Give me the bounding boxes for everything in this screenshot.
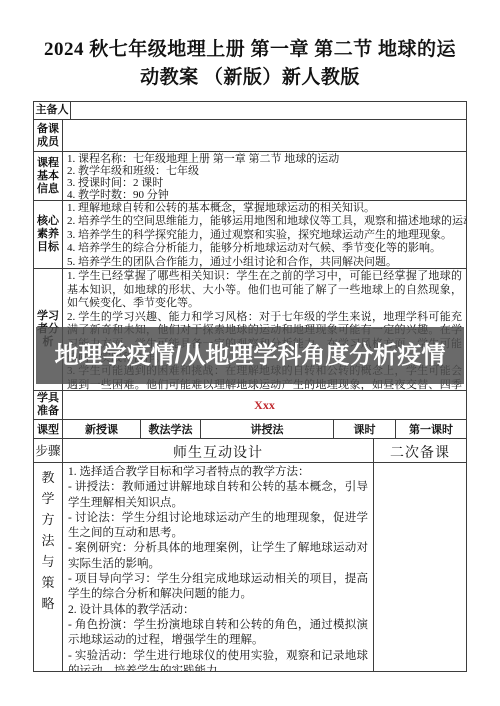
second-prep-empty-cell	[374, 463, 466, 671]
learner-paragraph: 1. 学生已经掌握了哪些相关知识：学生在之前的学习中，可能已经掌握了地球的基本知…	[67, 270, 462, 311]
steps-label: 步骤	[34, 439, 63, 463]
interaction-design-header: 师生互动设计	[63, 439, 374, 463]
core-goals-label: 核心素养目标	[34, 201, 63, 269]
lesson-type-value: 新授课	[63, 420, 141, 439]
lesson-plan-table: 主备人 备课成员 课程基本信息 1. 课程名称：七年级地理上册 第一章 第二节 …	[33, 101, 467, 672]
course-duration: 4. 教学时数：90 分钟	[67, 189, 462, 201]
prep-members-value	[63, 120, 466, 152]
main-preparer-label: 主备人	[34, 102, 71, 120]
table-row-core-goals: 核心素养目标 1. 理解地球自转和公转的基本概念，掌握地球运动的相关知识。 2.…	[34, 201, 466, 269]
lesson-type-label: 课型	[34, 420, 63, 439]
table-row-steps-header: 步骤 师生互动设计 二次备课	[34, 439, 466, 463]
table-row-course-info: 课程基本信息 1. 课程名称：七年级地理上册 第一章 第二节 地球的运动 2. …	[34, 152, 466, 201]
table-row-prep-members: 备课成员	[34, 120, 466, 152]
method-line: - 实验活动：学生进行地球仪的使用实验，观察和记录地球的运动，培养学生的实践能力…	[68, 649, 368, 671]
course-info-value: 1. 课程名称：七年级地理上册 第一章 第二节 地球的运动 2. 教学年级和班级…	[63, 152, 466, 201]
method-line: 1. 选择适合教学目标和学习者特点的教学方法：	[68, 465, 368, 480]
second-prep-header: 二次备课	[374, 439, 466, 463]
goal-item: 2. 培养学生的空间思维能力，能够运用地图和地球仪等工具，观察和描述地球的运动。	[67, 215, 462, 228]
course-grade: 2. 教学年级和班级：七年级	[67, 165, 462, 177]
teach-method-value: 讲授法	[201, 420, 334, 439]
goal-item: 3. 培养学生的科学探究能力，通过观察和实验，探究地球运动产生的地理现象。	[67, 229, 462, 242]
table-row-lesson-type: 课型 新授课 教法学法 讲授法 课时 第一课时	[34, 420, 466, 439]
method-line: 2. 设计具体的教学活动：	[68, 603, 368, 618]
document-page: 2024 秋七年级地理上册 第一章 第二节 地球的运动教案 （新版）新人教版 主…	[0, 0, 500, 706]
method-line: - 讨论法：学生分组讨论地球运动产生的地理现象，促进学生之间的互动和思考。	[68, 511, 368, 542]
period-value: 第一课时	[396, 420, 466, 439]
page-title: 2024 秋七年级地理上册 第一章 第二节 地球的运动教案 （新版）新人教版	[42, 36, 458, 92]
method-line: - 角色扮演：学生扮演地球自转和公转的角色，通过模拟演示地球运动的过程，增强学生…	[68, 618, 368, 649]
main-preparer-value	[71, 102, 466, 120]
goal-item: 4. 培养学生的综合分析能力，能够分析地球运动对气候、季节变化等的影响。	[67, 242, 462, 255]
table-row-materials: 学具准备 Xxx	[34, 391, 466, 420]
goal-item: 5. 培养学生的团队合作能力，通过小组讨论和合作，共同解决问题。	[67, 256, 462, 269]
materials-value: Xxx	[63, 391, 466, 420]
teach-method-label: 教法学法	[141, 420, 201, 439]
method-line: - 案例研究：分析具体的地理案例，让学生了解地球运动对实际生活的影响。	[68, 541, 368, 572]
course-info-label: 课程基本信息	[34, 152, 63, 201]
goal-item: 1. 理解地球自转和公转的基本概念，掌握地球运动的相关知识。	[67, 202, 462, 215]
method-line: - 讲授法：教师通过讲解地球自转和公转的基本概念，引导学生理解相关知识点。	[68, 480, 368, 511]
teaching-methods-content: 1. 选择适合教学目标和学习者特点的教学方法： - 讲授法：教师通过讲解地球自转…	[63, 463, 374, 671]
watermark-banner: 地理学疫情/从地理学科角度分析疫情	[36, 327, 464, 384]
teaching-methods-label: 教学方法与策略	[34, 463, 63, 671]
method-line: - 项目导向学习：学生分组完成地球运动相关的项目，提高学生的综合分析和解决问题的…	[68, 572, 368, 603]
materials-label: 学具准备	[34, 391, 63, 420]
table-row-teaching-methods: 教学方法与策略 1. 选择适合教学目标和学习者特点的教学方法： - 讲授法：教师…	[34, 463, 466, 671]
prep-members-label: 备课成员	[34, 120, 63, 152]
course-name: 1. 课程名称：七年级地理上册 第一章 第二节 地球的运动	[67, 153, 462, 165]
core-goals-value: 1. 理解地球自转和公转的基本概念，掌握地球运动的相关知识。 2. 培养学生的空…	[63, 201, 466, 269]
course-time: 3. 授课时间：2 课时	[67, 177, 462, 189]
period-label: 课时	[334, 420, 396, 439]
watermark-text: 地理学疫情/从地理学科角度分析疫情	[49, 342, 451, 369]
table-row-main-preparer: 主备人	[34, 102, 466, 120]
